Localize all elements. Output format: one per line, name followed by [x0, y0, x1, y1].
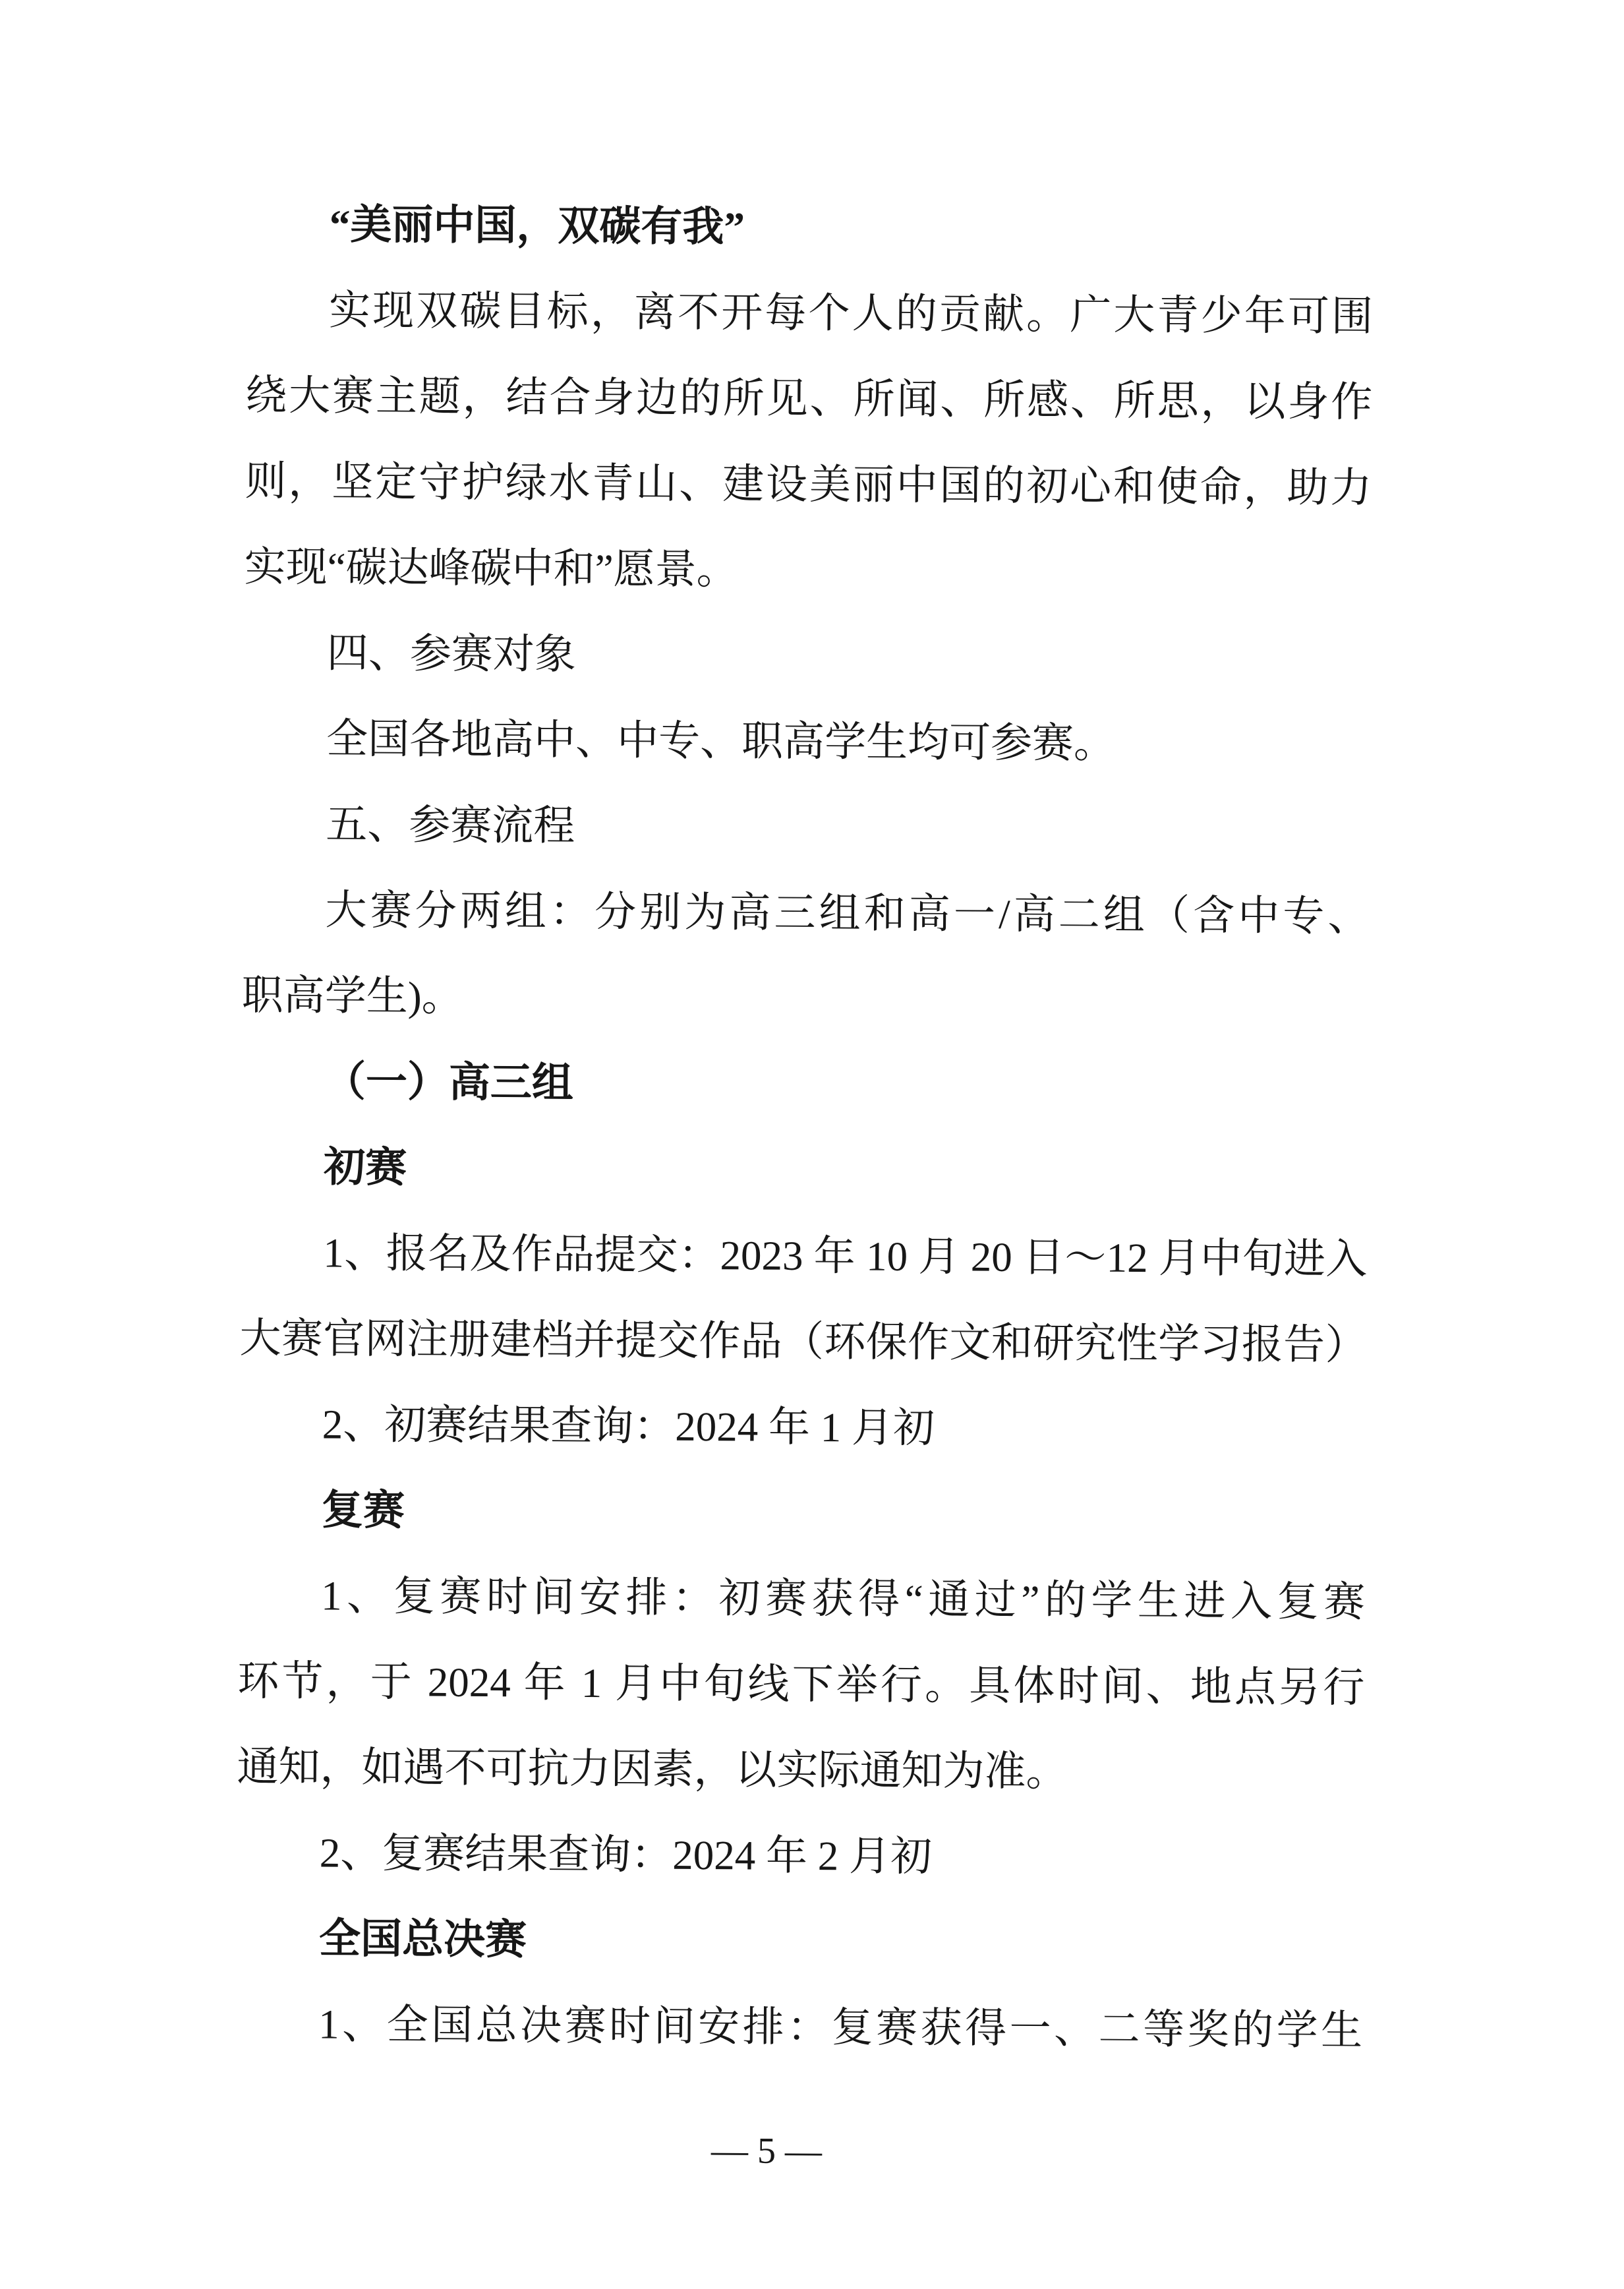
para-semifinal-line-1: 1、复赛时间安排：初赛获得“通过”的学生进入复赛 — [238, 1553, 1366, 1645]
para-participants: 全国各地高中、中专、职高学生均可参赛。 — [243, 696, 1371, 788]
para-groups-line-1: 大赛分两组：分别为高三组和高一/高二组（含中专、 — [242, 867, 1370, 959]
scanned-document-page: “美丽中国，双碳有我” 实现双碳目标，离不开每个人的贡献。广大青少年可围 绕大赛… — [235, 181, 1374, 2181]
heading-preliminary-round: 初赛 — [241, 1124, 1368, 1216]
para-national-final-line-1: 1、全国总决赛时间安排：复赛获得一、二等奖的学生 — [235, 1981, 1363, 2073]
heading-group-senior3: （一）高三组 — [241, 1038, 1369, 1131]
para-semifinal-result: 2、复赛结果查询：2024 年 2 月初 — [236, 1810, 1364, 1902]
para-theme-line-1: 实现双碳目标，离不开每个人的贡献。广大青少年可围 — [246, 267, 1374, 359]
heading-section-4-participants: 四、参赛对象 — [243, 610, 1371, 702]
heading-section-5-process: 五、参赛流程 — [243, 781, 1370, 874]
para-preliminary-line-2: 大赛官网注册建档并提交作品（环保作文和研究性学习报告） — [239, 1295, 1367, 1388]
page-number: — 5 — — [203, 2121, 1330, 2180]
para-preliminary-result: 2、初赛结果查询：2024 年 1 月初 — [239, 1381, 1366, 1473]
para-semifinal-line-3: 通知，如遇不可抗力因素，以实际通知为准。 — [237, 1724, 1364, 1816]
para-groups-line-2: 职高学生)。 — [241, 953, 1369, 1045]
doc-title: “美丽中国，双碳有我” — [246, 181, 1374, 274]
para-semifinal-line-2: 环节，于 2024 年 1 月中旬线下举行。具体时间、地点另行 — [237, 1638, 1365, 1731]
para-theme-line-3: 则，坚定守护绿水青山、建设美丽中国的初心和使命，助力 — [245, 438, 1372, 531]
para-theme-line-4: 实现“碳达峰碳中和”愿景。 — [244, 524, 1372, 616]
para-preliminary-line-1: 1、报名及作品提交：2023 年 10 月 20 日～12 月中旬进入 — [240, 1210, 1368, 1302]
heading-national-final: 全国总决赛 — [236, 1895, 1364, 1988]
para-theme-line-2: 绕大赛主题，结合身边的所见、所闻、所感、所思，以身作 — [245, 353, 1373, 445]
heading-semifinal-round: 复赛 — [239, 1467, 1366, 1559]
